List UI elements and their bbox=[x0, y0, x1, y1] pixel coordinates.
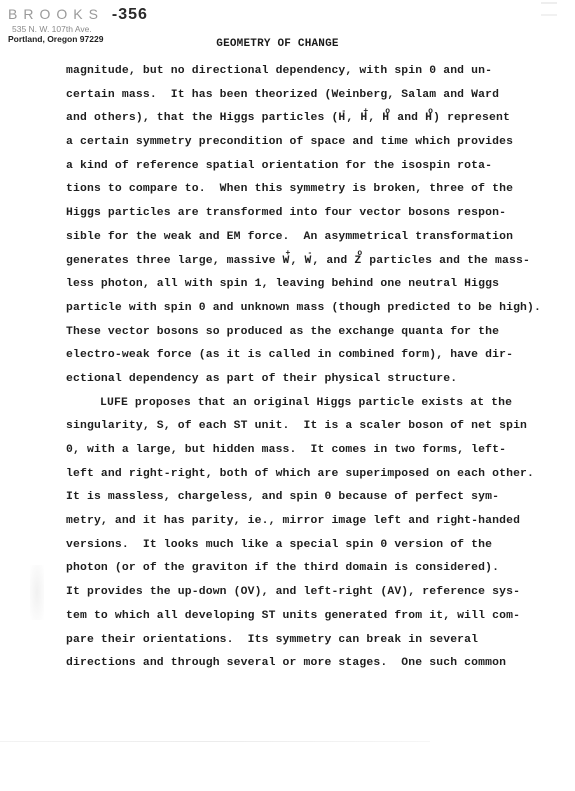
charge-superscript: + bbox=[363, 107, 368, 116]
text-line: metry, and it has parity, ie., mirror im… bbox=[66, 510, 546, 534]
text-line: tions to compare to. When this symmetry … bbox=[66, 178, 546, 202]
text-line: less photon, all with spin 1, leaving be… bbox=[66, 273, 546, 297]
scan-edge-line bbox=[0, 741, 430, 742]
text-line: a kind of reference spatial orientation … bbox=[66, 155, 546, 179]
text-line: certain mass. It has been theorized (Wei… bbox=[66, 84, 546, 108]
text-line: and others), that the Higgs particles (H… bbox=[66, 107, 546, 131]
charge-superscript: o bbox=[385, 107, 390, 116]
paragraph-first-line: LUFE proposes that an original Higgs par… bbox=[66, 392, 546, 416]
text-line: It is massless, chargeless, and spin 0 b… bbox=[66, 486, 546, 510]
text-line: It provides the up-down (OV), and left-r… bbox=[66, 581, 546, 605]
stamp-name-row: BROOKS -356 bbox=[8, 6, 148, 24]
scan-smudge bbox=[30, 565, 44, 620]
text-line: photon (or of the graviton if the third … bbox=[66, 557, 546, 581]
text-line: versions. It looks much like a special s… bbox=[66, 534, 546, 558]
text-line: particle with spin 0 and unknown mass (t… bbox=[66, 297, 546, 321]
text-line: 0, with a large, but hidden mass. It com… bbox=[66, 439, 546, 463]
text-line: generates three large, massive W+, W-, a… bbox=[66, 250, 546, 274]
corner-scan-mark bbox=[541, 2, 557, 16]
charge-superscript: + bbox=[286, 249, 291, 258]
charge-superscript: o bbox=[428, 107, 433, 116]
body-text: magnitude, but no directional dependency… bbox=[66, 60, 546, 676]
text-line: electro-weak force (as it is called in c… bbox=[66, 344, 546, 368]
text-line: a certain symmetry precondition of space… bbox=[66, 131, 546, 155]
handwritten-page-number: -356 bbox=[112, 6, 148, 24]
charge-superscript: o bbox=[357, 249, 362, 258]
text-line: sible for the weak and EM force. An asym… bbox=[66, 226, 546, 250]
document-title: GEOMETRY OF CHANGE bbox=[0, 38, 575, 50]
text-line: directions and through several or more s… bbox=[66, 652, 546, 676]
text-line: singularity, S, of each ST unit. It is a… bbox=[66, 415, 546, 439]
stamp-street: 535 N. W. 107th Ave. bbox=[8, 24, 148, 34]
text-line: These vector bosons so produced as the e… bbox=[66, 321, 546, 345]
text-line: pare their orientations. Its symmetry ca… bbox=[66, 629, 546, 653]
stamp-name: BROOKS bbox=[8, 6, 104, 22]
text-line: magnitude, but no directional dependency… bbox=[66, 60, 546, 84]
text-line: ectional dependency as part of their phy… bbox=[66, 368, 546, 392]
text-line: Higgs particles are transformed into fou… bbox=[66, 202, 546, 226]
text-line: tem to which all developing ST units gen… bbox=[66, 605, 546, 629]
text-line: left and right-right, both of which are … bbox=[66, 463, 546, 487]
charge-superscript: - bbox=[307, 249, 312, 258]
charge-superscript: - bbox=[341, 107, 346, 116]
